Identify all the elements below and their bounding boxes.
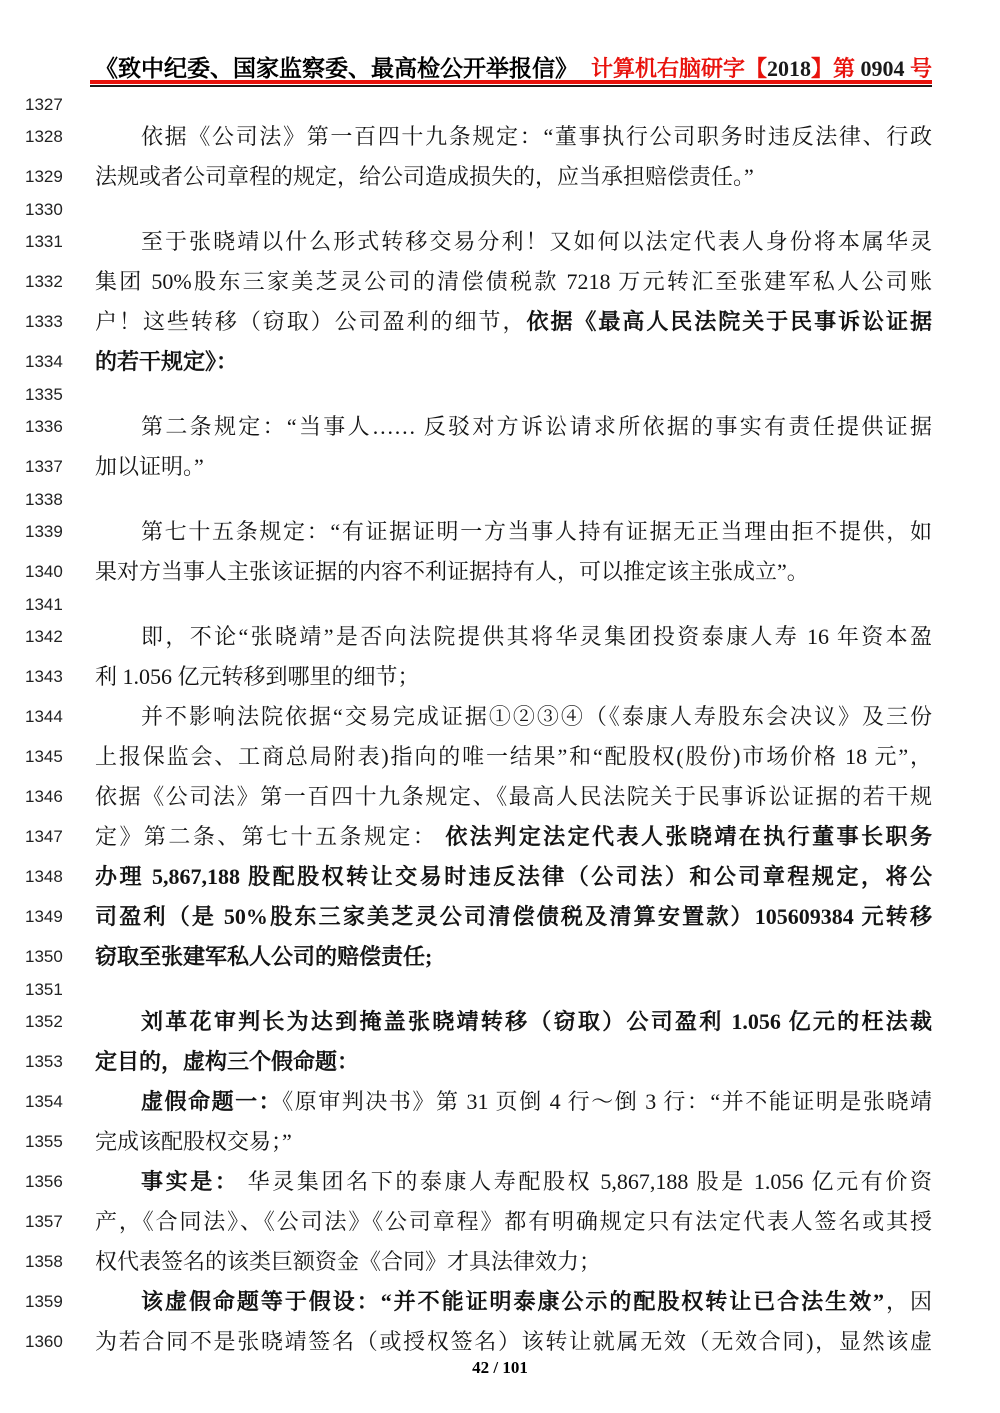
- line-number: 1356: [25, 1172, 95, 1192]
- line-text: 至于张晓靖以什么形式转移交易分利！又如何以法定代表人身份将本属华灵: [95, 229, 932, 255]
- line-text: 第二条规定：“当事人…… 反驳对方诉讼请求所依据的事实有责任提供证据: [95, 414, 932, 440]
- text-segment: 加以证明。”: [95, 454, 204, 479]
- line-text: 产，《合同法》、《公司法》《公司章程》都有明确规定只有法定代表人签名或其授: [95, 1209, 932, 1235]
- line-number: 1327: [25, 95, 95, 115]
- doc-number-segment: 号: [904, 56, 932, 81]
- line-number: 1328: [25, 127, 95, 147]
- document-line: 1338: [25, 487, 932, 512]
- document-line: 1355完成该配股权交易；”: [25, 1122, 932, 1162]
- line-text: 事实是： 华灵集团名下的泰康人寿配股权 5,867,188 股是 1.056 亿…: [95, 1169, 932, 1195]
- document-page: 《致中纪委、国家监察委、最高检公开举报信》 计算机右脑研字【2018】第 090…: [0, 0, 1000, 1413]
- text-segment: 为若合同不是张晓靖签名（或授权签名）该转让就属无效（无效合同)，显然该虚: [95, 1329, 932, 1354]
- line-number: 1343: [25, 667, 95, 687]
- header-rule-red-line: [90, 80, 932, 84]
- document-line: 1348办理 5,867,188 股配股权转让交易时违反法律（公司法）和公司章程…: [25, 857, 932, 897]
- text-segment: 产，《合同法》、《公司法》《公司章程》都有明确规定只有法定代表人签名或其授: [95, 1209, 932, 1234]
- line-text: 完成该配股权交易；”: [95, 1129, 932, 1155]
- bold-text-segment: 窃取至张建军私人公司的赔偿责任;: [95, 944, 432, 969]
- line-text: 利 1.056 亿元转移到哪里的细节；: [95, 664, 932, 690]
- document-line: 1339第七十五条规定：“有证据证明一方当事人持有证据无正当理由拒不提供，如: [25, 512, 932, 552]
- line-number: 1338: [25, 490, 95, 510]
- line-number: 1355: [25, 1132, 95, 1152]
- bold-text-segment: 司盈利（是 50%股东三家美芝灵公司清偿债税及清算安置款）105609384 元…: [95, 904, 932, 929]
- line-text: 依据《公司法》第一百四十九条规定、《最高人民法院关于民事诉讼证据的若干规: [95, 784, 932, 810]
- document-line: 1337加以证明。”: [25, 447, 932, 487]
- line-text: 该虚假命题等于假设：“并不能证明泰康公示的配股权转让已合法生效”，因: [95, 1289, 932, 1315]
- line-number: 1345: [25, 747, 95, 767]
- document-line: 1327: [25, 92, 932, 117]
- line-number: 1359: [25, 1292, 95, 1312]
- doc-number-segment: 】第: [811, 56, 861, 81]
- line-text: 为若合同不是张晓靖签名（或授权签名）该转让就属无效（无效合同)，显然该虚: [95, 1329, 932, 1355]
- document-line: 1342即，不论“张晓靖”是否向法院提供其将华灵集团投资泰康人寿 16 年资本盈: [25, 617, 932, 657]
- text-segment: 第七十五条规定：“有证据证明一方当事人持有证据无正当理由拒不提供，如: [141, 519, 932, 544]
- line-number: 1334: [25, 352, 95, 372]
- line-text: 刘革花审判长为达到掩盖张晓靖转移（窃取）公司盈利 1.056 亿元的枉法裁: [95, 1009, 932, 1035]
- line-text: 办理 5,867,188 股配股权转让交易时违反法律（公司法）和公司章程规定，将…: [95, 864, 932, 890]
- bold-text-segment: 依法判定法定代表人张晓靖在执行董事长职务: [445, 824, 932, 849]
- line-number: 1347: [25, 827, 95, 847]
- text-segment: 至于张晓靖以什么形式转移交易分利！又如何以法定代表人身份将本属华灵: [141, 229, 932, 254]
- document-line: 1359该虚假命题等于假设：“并不能证明泰康公示的配股权转让已合法生效”，因: [25, 1282, 932, 1322]
- doc-number-segment: 0904: [860, 56, 904, 81]
- document-line: 1331至于张晓靖以什么形式转移交易分利！又如何以法定代表人身份将本属华灵: [25, 222, 932, 262]
- bold-text-segment: 的若干规定》：: [95, 349, 238, 374]
- line-number: 1336: [25, 417, 95, 437]
- document-line: 1347定》第二条、第七十五条规定： 依法判定法定代表人张晓靖在执行董事长职务: [25, 817, 932, 857]
- line-text: 权代表签名的该类巨额资金《合同》才具法律效力；: [95, 1249, 932, 1275]
- line-number: 1333: [25, 312, 95, 332]
- text-segment: 完成该配股权交易；”: [95, 1129, 292, 1154]
- document-line: 1357产，《合同法》、《公司法》《公司章程》都有明确规定只有法定代表人签名或其…: [25, 1202, 932, 1242]
- doc-number-segment: 2018: [767, 56, 811, 81]
- header-title: 《致中纪委、国家监察委、最高检公开举报信》: [95, 50, 578, 83]
- line-text: 果对方当事人主张该证据的内容不利证据持有人，可以推定该主张成立”。: [95, 559, 932, 585]
- document-line: 1332集团 50%股东三家美芝灵公司的清偿债税款 7218 万元转汇至张建军私…: [25, 262, 932, 302]
- line-text: 集团 50%股东三家美芝灵公司的清偿债税款 7218 万元转汇至张建军私人公司账: [95, 269, 932, 295]
- page-footer: 42 / 101: [0, 1358, 1000, 1378]
- line-number: 1357: [25, 1212, 95, 1232]
- line-text: 上报保监会、工商总局附表)指向的唯一结果”和“配股权(股份)市场价格 18 元”…: [95, 744, 932, 770]
- page-number: 42 / 101: [472, 1358, 528, 1377]
- line-number: 1340: [25, 562, 95, 582]
- line-number: 1360: [25, 1332, 95, 1352]
- bold-text-segment: 依据《最高人民法院关于民事诉讼证据: [526, 309, 932, 334]
- text-segment: 《原审判决书》第 31 页倒 4 行～倒 3 行：“并不能证明是张晓靖: [282, 1089, 932, 1114]
- doc-number-segment: 计算机右脑研字【: [591, 56, 767, 81]
- line-number: 1358: [25, 1252, 95, 1272]
- line-number: 1330: [25, 200, 95, 220]
- line-text: 窃取至张建军私人公司的赔偿责任;: [95, 944, 932, 970]
- line-text: 第七十五条规定：“有证据证明一方当事人持有证据无正当理由拒不提供，如: [95, 519, 932, 545]
- bold-text-segment: 定目的，虚构三个假命题：: [95, 1049, 359, 1074]
- document-line: 1354虚假命题一：《原审判决书》第 31 页倒 4 行～倒 3 行：“并不能证…: [25, 1082, 932, 1122]
- document-line: 1360为若合同不是张晓靖签名（或授权签名）该转让就属无效（无效合同)，显然该虚: [25, 1322, 932, 1362]
- line-number: 1339: [25, 522, 95, 542]
- header-rule-black-line: [90, 85, 932, 87]
- document-line: 1329法规或者公司章程的规定，给公司造成损失的，应当承担赔偿责任。”: [25, 157, 932, 197]
- line-number: 1350: [25, 947, 95, 967]
- document-line: 1335: [25, 382, 932, 407]
- document-line: 1330: [25, 197, 932, 222]
- document-line: 1345上报保监会、工商总局附表)指向的唯一结果”和“配股权(股份)市场价格 1…: [25, 737, 932, 777]
- line-text: 定目的，虚构三个假命题：: [95, 1049, 932, 1075]
- text-segment: 集团 50%股东三家美芝灵公司的清偿债税款 7218 万元转汇至张建军私人公司账: [95, 269, 932, 294]
- document-line: 1341: [25, 592, 932, 617]
- line-number: 1352: [25, 1012, 95, 1032]
- line-number: 1351: [25, 980, 95, 1000]
- header-rule: [90, 80, 932, 87]
- bold-text-segment: 事实是：: [141, 1169, 239, 1194]
- text-segment: 即，不论“张晓靖”是否向法院提供其将华灵集团投资泰康人寿 16 年资本盈: [141, 624, 932, 649]
- document-line: 1346依据《公司法》第一百四十九条规定、《最高人民法院关于民事诉讼证据的若干规: [25, 777, 932, 817]
- document-line: 1352刘革花审判长为达到掩盖张晓靖转移（窃取）公司盈利 1.056 亿元的枉法…: [25, 1002, 932, 1042]
- line-number: 1346: [25, 787, 95, 807]
- text-segment: 利 1.056 亿元转移到哪里的细节；: [95, 664, 420, 689]
- line-number: 1349: [25, 907, 95, 927]
- document-line: 1333户！这些转移（窃取）公司盈利的细节，依据《最高人民法院关于民事诉讼证据: [25, 302, 932, 342]
- line-text: 依据《公司法》第一百四十九条规定：“董事执行公司职务时违反法律、行政: [95, 124, 932, 150]
- line-number: 1332: [25, 272, 95, 292]
- line-text: 司盈利（是 50%股东三家美芝灵公司清偿债税及清算安置款）105609384 元…: [95, 904, 932, 930]
- document-line: 1334的若干规定》：: [25, 342, 932, 382]
- line-text: 即，不论“张晓靖”是否向法院提供其将华灵集团投资泰康人寿 16 年资本盈: [95, 624, 932, 650]
- text-segment: 第二条规定：“当事人…… 反驳对方诉讼请求所依据的事实有责任提供证据: [141, 414, 932, 439]
- line-text: 的若干规定》：: [95, 349, 932, 375]
- bold-text-segment: 该虚假命题等于假设：“并不能证明泰康公示的配股权转让已合法生效”: [141, 1289, 884, 1314]
- line-number: 1341: [25, 595, 95, 615]
- text-segment: 依据《公司法》第一百四十九条规定、《最高人民法院关于民事诉讼证据的若干规: [95, 784, 932, 809]
- line-text: 法规或者公司章程的规定，给公司造成损失的，应当承担赔偿责任。”: [95, 164, 932, 190]
- document-line: 1328依据《公司法》第一百四十九条规定：“董事执行公司职务时违反法律、行政: [25, 117, 932, 157]
- line-number: 1335: [25, 385, 95, 405]
- line-number: 1342: [25, 627, 95, 647]
- document-line: 1353定目的，虚构三个假命题：: [25, 1042, 932, 1082]
- text-segment: 法规或者公司章程的规定，给公司造成损失的，应当承担赔偿责任。”: [95, 164, 754, 189]
- document-line: 1340果对方当事人主张该证据的内容不利证据持有人，可以推定该主张成立”。: [25, 552, 932, 592]
- line-number: 1329: [25, 167, 95, 187]
- line-text: 定》第二条、第七十五条规定： 依法判定法定代表人张晓靖在执行董事长职务: [95, 824, 932, 850]
- text-segment: 上报保监会、工商总局附表)指向的唯一结果”和“配股权(股份)市场价格 18 元”…: [95, 744, 932, 769]
- document-line: 1350窃取至张建军私人公司的赔偿责任;: [25, 937, 932, 977]
- document-body: 13271328依据《公司法》第一百四十九条规定：“董事执行公司职务时违反法律、…: [25, 92, 932, 1362]
- document-line: 1344并不影响法院依据“交易完成证据①②③④（《泰康人寿股东会决议》及三份: [25, 697, 932, 737]
- line-number: 1337: [25, 457, 95, 477]
- text-segment: 户！这些转移（窃取）公司盈利的细节，: [95, 309, 526, 334]
- document-line: 1336第二条规定：“当事人…… 反驳对方诉讼请求所依据的事实有责任提供证据: [25, 407, 932, 447]
- line-number: 1348: [25, 867, 95, 887]
- line-text: 户！这些转移（窃取）公司盈利的细节，依据《最高人民法院关于民事诉讼证据: [95, 309, 932, 335]
- bold-text-segment: 虚假命题一：: [141, 1089, 282, 1114]
- text-segment: 华灵集团名下的泰康人寿配股权 5,867,188 股是 1.056 亿元有价资: [239, 1169, 932, 1194]
- text-segment: 定》第二条、第七十五条规定：: [95, 824, 445, 849]
- document-line: 1349司盈利（是 50%股东三家美芝灵公司清偿债税及清算安置款）1056093…: [25, 897, 932, 937]
- document-line: 1343利 1.056 亿元转移到哪里的细节；: [25, 657, 932, 697]
- text-segment: 依据《公司法》第一百四十九条规定：“董事执行公司职务时违反法律、行政: [141, 124, 932, 149]
- line-number: 1331: [25, 232, 95, 252]
- line-number: 1344: [25, 707, 95, 727]
- document-line: 1356事实是： 华灵集团名下的泰康人寿配股权 5,867,188 股是 1.0…: [25, 1162, 932, 1202]
- bold-text-segment: 办理 5,867,188 股配股权转让交易时违反法律（公司法）和公司章程规定，将…: [95, 864, 932, 889]
- text-segment: 并不影响法院依据“交易完成证据①②③④（《泰康人寿股东会决议》及三份: [141, 704, 932, 729]
- text-segment: 权代表签名的该类巨额资金《合同》才具法律效力；: [95, 1249, 601, 1274]
- line-number: 1354: [25, 1092, 95, 1112]
- line-number: 1353: [25, 1052, 95, 1072]
- document-line: 1351: [25, 977, 932, 1002]
- text-segment: ，因: [884, 1289, 932, 1314]
- bold-text-segment: 刘革花审判长为达到掩盖张晓靖转移（窃取）公司盈利 1.056 亿元的枉法裁: [141, 1009, 932, 1034]
- document-line: 1358权代表签名的该类巨额资金《合同》才具法律效力；: [25, 1242, 932, 1282]
- line-text: 虚假命题一：《原审判决书》第 31 页倒 4 行～倒 3 行：“并不能证明是张晓…: [95, 1089, 932, 1115]
- line-text: 加以证明。”: [95, 454, 932, 480]
- page-header: 《致中纪委、国家监察委、最高检公开举报信》 计算机右脑研字【2018】第 090…: [95, 50, 932, 83]
- header-doc-number: 计算机右脑研字【2018】第 0904 号: [591, 52, 932, 83]
- text-segment: 果对方当事人主张该证据的内容不利证据持有人，可以推定该主张成立”。: [95, 559, 809, 584]
- line-text: 并不影响法院依据“交易完成证据①②③④（《泰康人寿股东会决议》及三份: [95, 704, 932, 730]
